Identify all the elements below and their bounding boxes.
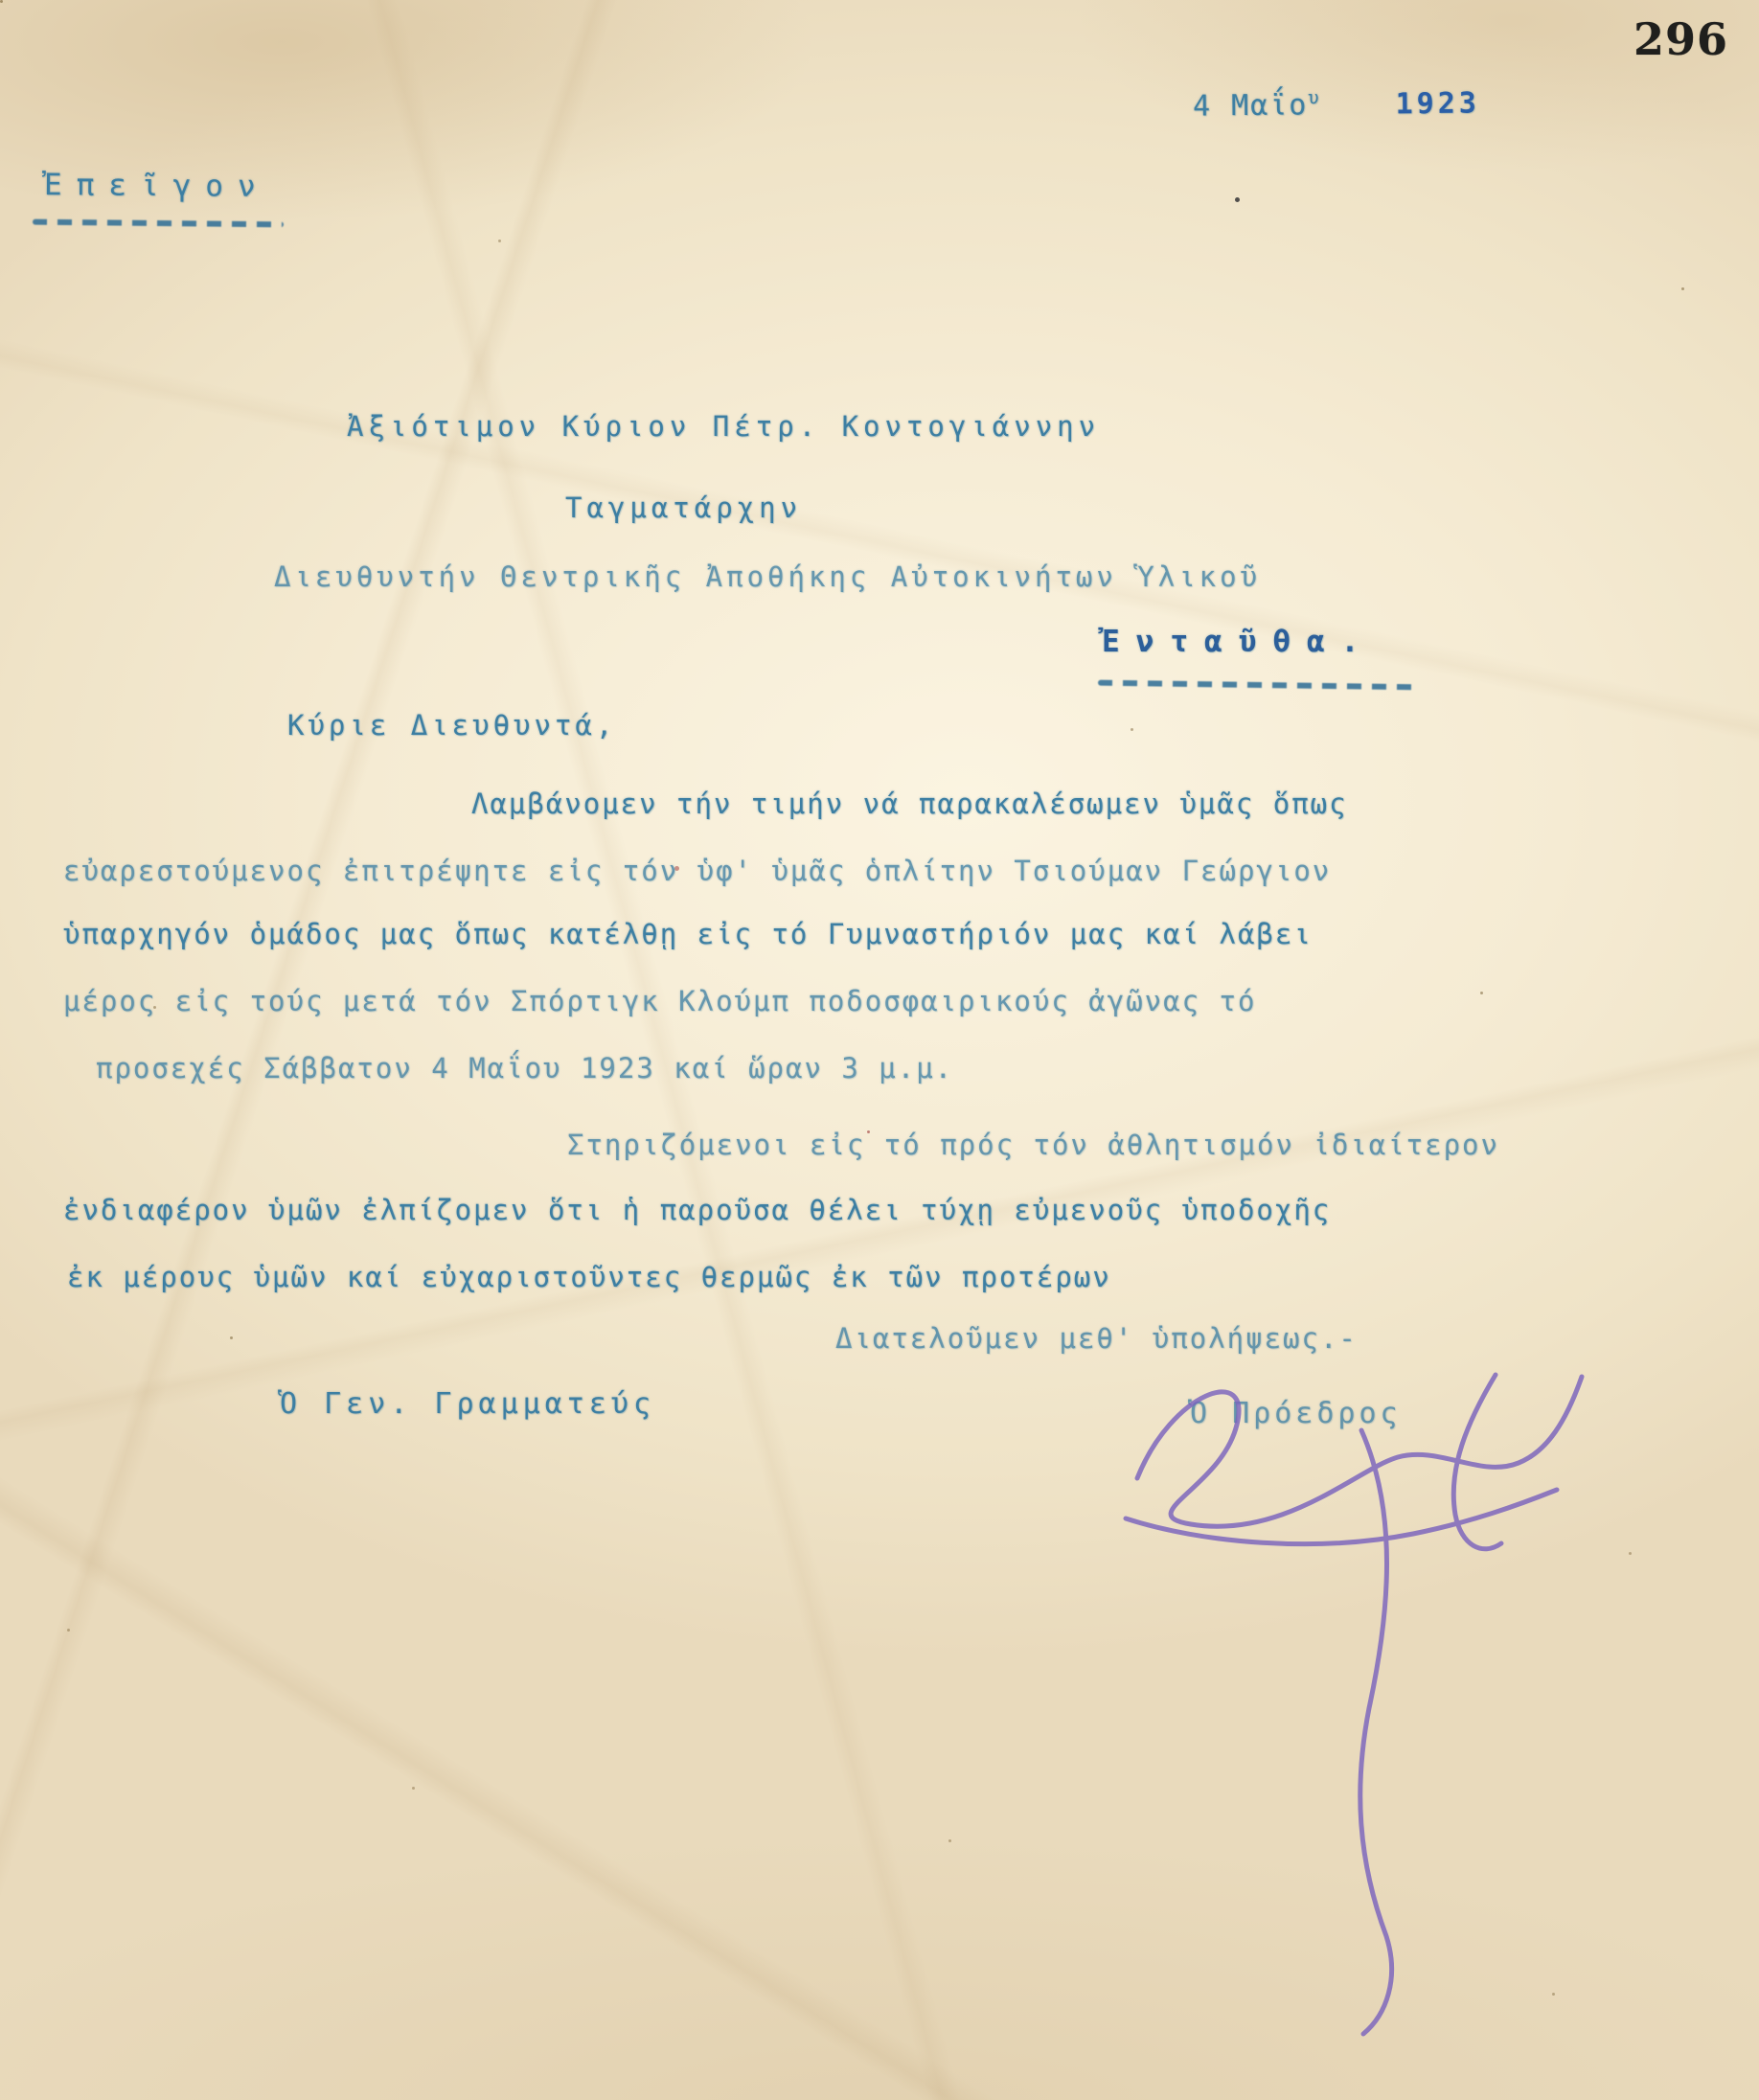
recipient-title-line: Διευθυντήν Θεντρικῆς Ἀποθήκης Αὐτοκινήτω… [274, 560, 1261, 593]
salutation: Κύριε Διευθυντά, [287, 709, 616, 742]
date-month-superscript: υ [1308, 88, 1320, 108]
body-paragraph1-line2: εὐαρεστούμενος ἐπιτρέψητε εἰς τόν ὑφ' ὑμ… [63, 855, 1331, 887]
date-month: Μαΐο [1231, 88, 1309, 123]
urgent-underline [33, 219, 284, 228]
paper-speckles [0, 0, 3, 3]
recipient-rank-line: Ταγματάρχην [565, 491, 802, 524]
body-paragraph1-line3: ὑπαρχηγόν ὁμάδος μας ὅπως κατέλθῃ εἰς τό… [63, 918, 1313, 950]
secretary-signature-title: Ὁ Γεν. Γραμματεύς [280, 1387, 655, 1421]
date-day: 4 [1193, 89, 1212, 123]
paper-wrinkle-texture [0, 0, 1759, 2100]
closing-line: Διατελοῦμεν μεθ' ὑπολήψεως.- [835, 1322, 1358, 1355]
president-signature-title: Ὁ Πρόεδρος [1190, 1397, 1402, 1430]
date-line: 4 Μαΐου 1923 [1193, 86, 1480, 123]
body-paragraph2-line2: ἐνδιαφέρον ὑμῶν ἐλπίζομεν ὅτι ἡ παροῦσα … [63, 1194, 1331, 1226]
urgent-label: Ἐπεῖγον [44, 168, 270, 204]
scanned-letter-page: 296 4 Μαΐου 1923 Ἐπεῖγον Ἀξιότιμον Κύριο… [0, 0, 1759, 2100]
body-paragraph1-line1: Λαμβάνομεν τήν τιμήν νά παρακαλέσωμεν ὑμ… [471, 787, 1348, 820]
date-year: 1923 [1395, 86, 1480, 121]
recipient-location-line: Ἐνταῦθα. [1102, 625, 1375, 659]
archive-page-number: 296 [1633, 13, 1728, 65]
body-paragraph1-line4: μέρος εἰς τούς μετά τόν Σπόρτιγκ Κλούμπ … [63, 985, 1256, 1017]
body-paragraph2-line1: Στηριζόμενοι εἰς τό πρός τόν ἀθλητισμόν … [567, 1129, 1499, 1161]
body-paragraph2-line3: ἐκ μέρους ὑμῶν καί εὐχαριστοῦντες θερμῶς… [67, 1261, 1111, 1293]
body-paragraph1-line5: προσεχές Σάββατον 4 Μαΐου 1923 καί ὥραν … [96, 1052, 953, 1084]
recipient-honorific-line: Ἀξιότιμον Κύριον Πέτρ. Κοντογιάννην [347, 410, 1100, 443]
location-underline [1098, 680, 1422, 691]
